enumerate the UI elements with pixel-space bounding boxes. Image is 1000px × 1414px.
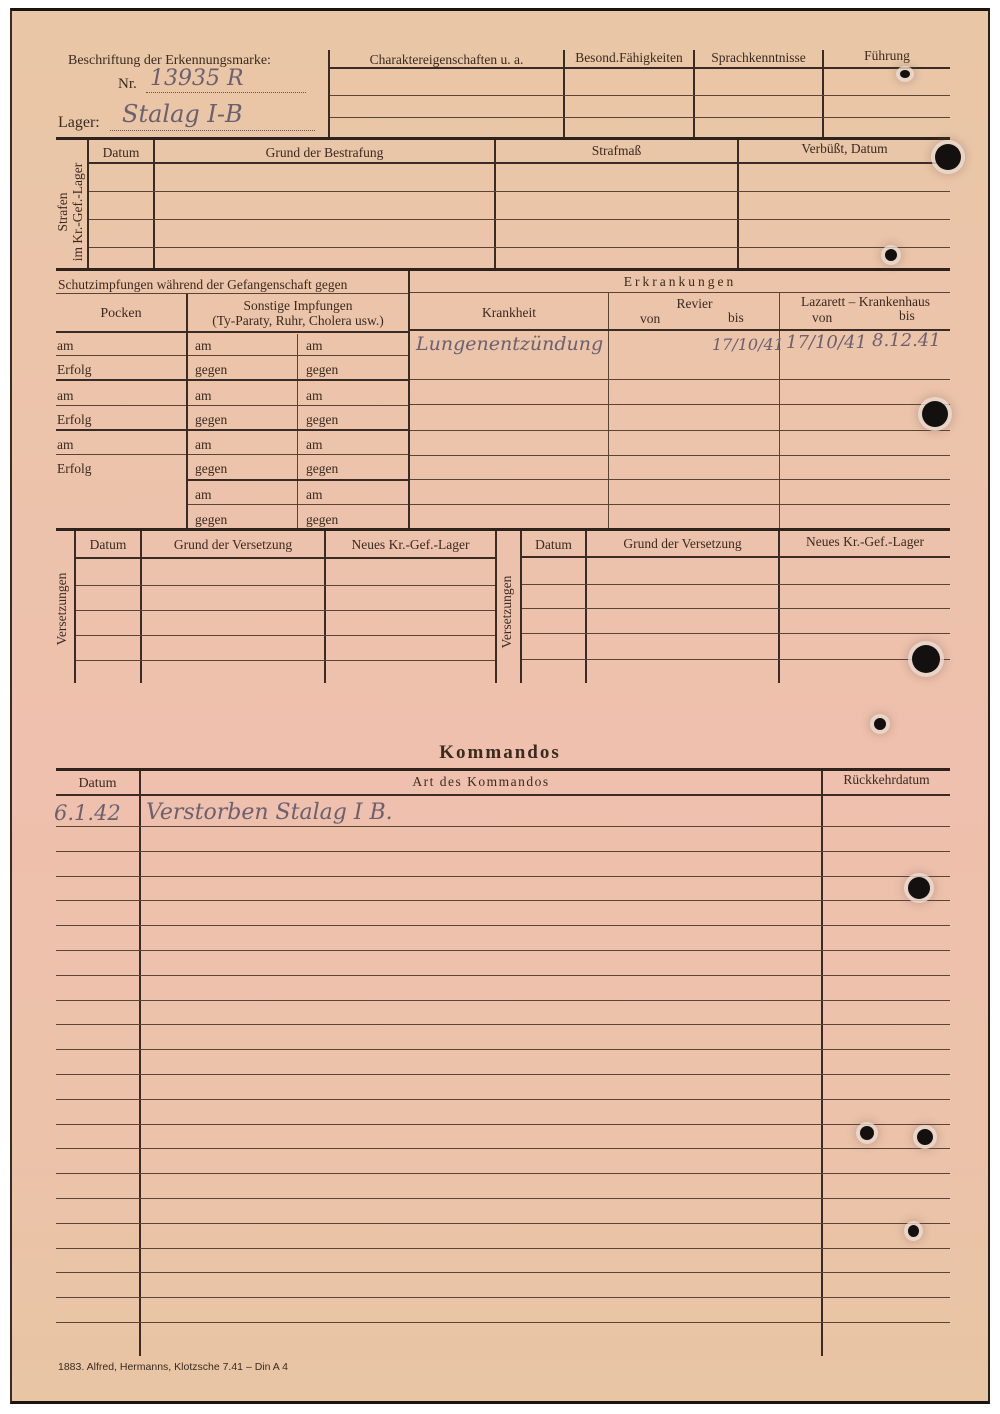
sonstige-b-row: am <box>306 388 323 404</box>
rule <box>56 1248 950 1249</box>
sonstige-a-row: am <box>195 487 212 503</box>
rule <box>76 557 495 559</box>
kommandos-title: Kommandos <box>300 742 700 764</box>
sonstige-b-row: gegen <box>306 362 338 378</box>
pocken-row: am <box>57 437 74 453</box>
rule <box>89 191 950 192</box>
rule <box>522 584 950 585</box>
strafen-col-verbuesst: Verbüßt, Datum <box>739 141 950 157</box>
rule <box>522 633 950 634</box>
section-rule <box>56 268 950 271</box>
rule <box>56 1148 950 1149</box>
revier-bis-entry: 17/10/41 <box>712 335 784 354</box>
col-sprachen: Sprachkenntnisse <box>695 50 822 66</box>
rule <box>410 379 950 380</box>
hole-mark <box>908 877 930 899</box>
rule <box>76 610 495 611</box>
section-rule <box>56 528 950 531</box>
strafen-side-line1: Strafen <box>55 147 70 277</box>
divider <box>495 531 497 683</box>
hole-mark <box>912 645 940 673</box>
hole-mark <box>900 70 910 78</box>
rule <box>56 405 186 406</box>
sonstige-header-2: (Ty-Paraty, Ruhr, Cholera usw.) <box>188 313 408 329</box>
rule <box>56 331 408 333</box>
rule <box>410 329 950 331</box>
rule <box>56 1124 950 1125</box>
hole-mark <box>935 144 961 170</box>
revier-von-label: von <box>640 311 660 327</box>
rule <box>522 659 950 660</box>
rule <box>56 1198 950 1199</box>
divider <box>821 771 823 1356</box>
kommando-datum-entry: 6.1.42 <box>54 801 121 825</box>
rule <box>522 556 950 558</box>
rule <box>56 1049 950 1050</box>
rule <box>56 1322 950 1323</box>
rule <box>76 585 495 586</box>
rule <box>522 608 950 609</box>
vers-left-col-datum: Datum <box>76 537 140 553</box>
rule <box>76 660 495 661</box>
krankheit-header: Krankheit <box>410 305 608 321</box>
rule <box>76 635 495 636</box>
rule <box>89 162 950 164</box>
rule <box>56 900 950 901</box>
hole-mark <box>885 249 897 261</box>
kommandos-col-datum: Datum <box>56 776 139 792</box>
hole-mark <box>874 718 886 730</box>
pocken-row: am <box>57 338 74 354</box>
pocken-header: Pocken <box>56 306 186 322</box>
rule <box>188 479 408 481</box>
strafen-side-label: Strafen im Kr.-Gef.-Lager <box>55 147 85 277</box>
rule <box>56 975 950 976</box>
lager-dotted-line <box>110 130 315 131</box>
divider <box>778 531 780 683</box>
impfungen-title: Schutzimpfungen während der Gefangenscha… <box>58 277 347 293</box>
rule <box>410 292 950 293</box>
rule <box>56 1173 950 1174</box>
rule <box>410 430 950 431</box>
rule <box>56 1099 950 1100</box>
revier-header: Revier <box>610 296 779 312</box>
lazarett-von-label: von <box>812 310 832 326</box>
vers-right-col-lager: Neues Kr.-Gef.-Lager <box>780 534 950 550</box>
rule <box>56 794 950 796</box>
printer-imprint: 1883. Alfred, Hermanns, Klotzsche 7.41 –… <box>58 1361 288 1373</box>
vers-left-col-lager: Neues Kr.-Gef.-Lager <box>326 537 495 553</box>
rule <box>56 876 950 877</box>
krankheit-entry: Lungenentzündung <box>416 333 603 355</box>
rule <box>188 405 408 406</box>
sonstige-a-row: am <box>195 437 212 453</box>
rule <box>410 455 950 456</box>
nr-label: Nr. <box>118 76 137 93</box>
rule <box>330 95 950 96</box>
nr-dotted-line <box>146 92 306 93</box>
pocken-row: Erfolg <box>57 461 92 477</box>
col-fuehrung: Führung <box>824 48 950 64</box>
sonstige-a-row: gegen <box>195 461 227 477</box>
strafen-col-grund: Grund der Bestrafung <box>155 145 494 161</box>
hole-mark <box>917 1129 933 1145</box>
hole-mark <box>860 1126 874 1140</box>
rule <box>410 504 950 505</box>
rule <box>188 379 408 381</box>
rule <box>410 404 950 405</box>
rule <box>188 454 408 455</box>
rule <box>56 1272 950 1273</box>
revier-bis-label: bis <box>728 310 744 326</box>
section-rule <box>56 768 950 771</box>
rule <box>89 247 950 248</box>
hole-mark <box>922 401 948 427</box>
sonstige-a-row: gegen <box>195 362 227 378</box>
sonstige-b-row: gegen <box>306 412 338 428</box>
vers-left-col-grund: Grund der Versetzung <box>142 537 324 553</box>
rule <box>56 925 950 926</box>
lazarett-header: Lazarett – Krankenhaus <box>781 294 950 310</box>
rule <box>89 219 950 220</box>
vers-right-col-datum: Datum <box>522 537 585 553</box>
sonstige-a-row: gegen <box>195 412 227 428</box>
rule <box>56 851 950 852</box>
strafen-col-strafmass: Strafmaß <box>496 143 737 159</box>
pocken-row: Erfolg <box>57 412 92 428</box>
rule <box>56 1000 950 1001</box>
sonstige-a-row: am <box>195 338 212 354</box>
rule <box>56 1074 950 1075</box>
rule <box>56 429 186 431</box>
rule <box>410 479 950 480</box>
sonstige-b-row: am <box>306 338 323 354</box>
col-charakter: Charaktereigenschaften u. a. <box>330 52 563 68</box>
vers-right-col-grund: Grund der Versetzung <box>587 536 778 552</box>
divider <box>494 140 496 270</box>
sonstige-b-row: am <box>306 487 323 503</box>
sonstige-b-row: gegen <box>306 461 338 477</box>
rule <box>188 429 408 431</box>
rule <box>56 1024 950 1025</box>
divider <box>297 334 298 530</box>
pow-record-card <box>10 8 990 1404</box>
sonstige-b-row: gegen <box>306 512 338 528</box>
sonstige-header-1: Sonstige Impfungen <box>188 298 408 314</box>
divider <box>186 294 188 530</box>
hole-mark <box>908 1225 919 1237</box>
lager-label: Lager: <box>58 114 100 132</box>
nr-value: 13935 R <box>150 66 244 91</box>
rule <box>56 454 186 455</box>
lazarett-bis-label: bis <box>899 308 915 324</box>
divider <box>139 771 141 1356</box>
kommandos-col-rueckkehr: Rückkehrdatum <box>823 772 950 788</box>
rule <box>330 67 950 69</box>
kommando-art-entry: Verstorben Stalag I B. <box>146 800 393 825</box>
sonstige-a-row: gegen <box>195 512 227 528</box>
lager-value: Stalag I-B <box>122 100 243 128</box>
rule <box>188 504 408 505</box>
lazarett-von-entry: 17/10/41 <box>786 332 867 353</box>
divider <box>585 531 587 683</box>
strafen-side-line2: im Kr.-Gef.-Lager <box>70 147 85 277</box>
versetzungen-side-label-left: Versetzungen <box>54 559 72 659</box>
kommandos-col-art: Art des Kommandos <box>141 774 821 790</box>
versetzungen-side-label-right: Versetzungen <box>499 562 517 662</box>
divider <box>737 140 739 270</box>
rule <box>330 117 950 118</box>
rule <box>56 1223 950 1224</box>
col-faehigkeiten: Besond.Fähigkeiten <box>565 50 693 66</box>
rule <box>188 355 408 356</box>
sonstige-b-row: am <box>306 437 323 453</box>
erkrankungen-title: Erkrankungen <box>410 274 950 290</box>
rule <box>56 379 186 381</box>
rule <box>56 1297 950 1298</box>
rule <box>56 293 408 294</box>
rule <box>56 826 950 827</box>
strafen-col-datum: Datum <box>89 145 153 161</box>
divider <box>520 531 522 683</box>
section-rule <box>56 137 950 140</box>
rule <box>56 950 950 951</box>
lazarett-bis-entry: 8.12.41 <box>872 330 941 351</box>
rule <box>56 355 186 356</box>
pocken-row: am <box>57 388 74 404</box>
sonstige-a-row: am <box>195 388 212 404</box>
pocken-row: Erfolg <box>57 362 92 378</box>
